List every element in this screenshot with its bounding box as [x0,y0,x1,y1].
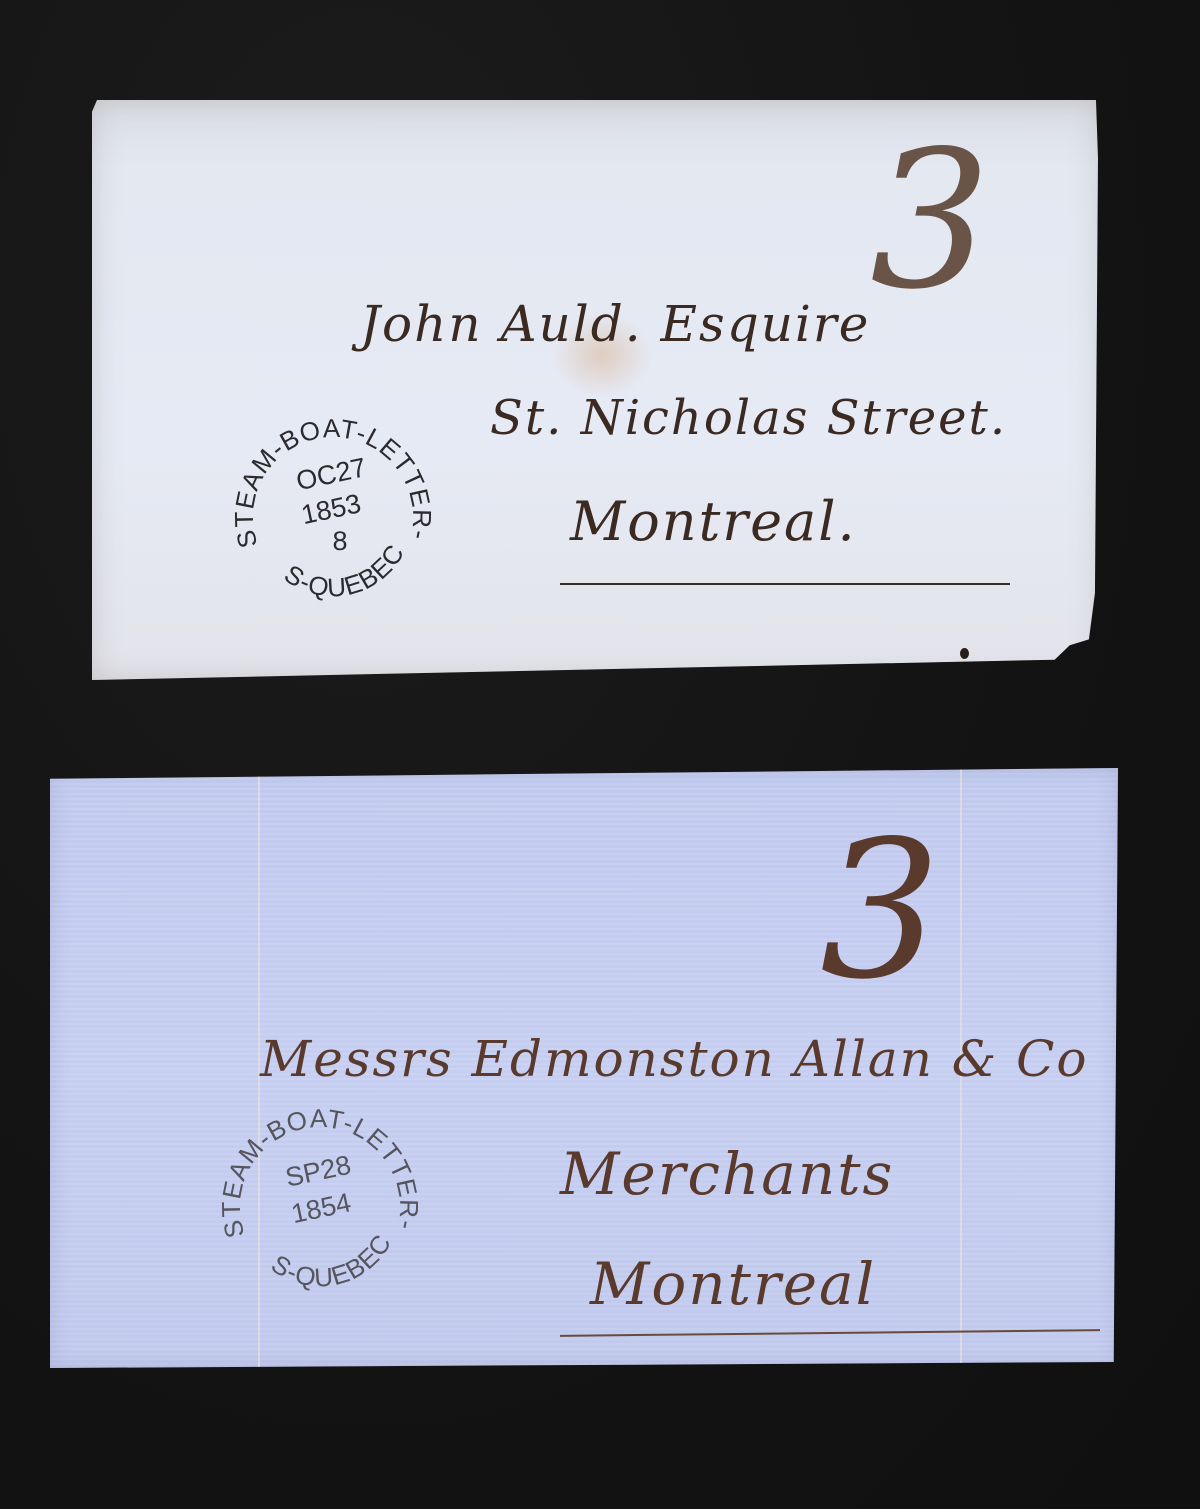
address-line-1-upper: John Auld. Esquire [360,295,870,353]
postmark-steamboat-letter-1854: STEAM-BOAT-LETTER- S-QUEBEC- SP28 1854 [215,1085,425,1295]
address-line-2-lower: Merchants [560,1140,894,1208]
address-line-1-lower: Messrs Edmonston Allan & Co [260,1030,1089,1088]
address-line-3-upper: Montreal. [570,490,857,553]
address-underline-upper [560,583,1010,585]
rate-mark-upper: 3 [870,110,991,331]
postmark-year: 1854 [289,1187,354,1229]
postmark-date: SP28 [283,1150,354,1193]
address-line-3-lower: Montreal [590,1250,876,1318]
address-line-2-upper: St. Nicholas Street. [490,390,1007,446]
postmark-hour: 8 [332,526,347,556]
ink-spot [960,648,969,659]
postmark-steamboat-letter-1853: STEAM-BOAT-LETTER- S-QUEBEC- OC27 1853 8 [228,395,438,605]
postmark-year: 1853 [299,488,364,530]
rate-mark-lower: 3 [820,800,941,1021]
